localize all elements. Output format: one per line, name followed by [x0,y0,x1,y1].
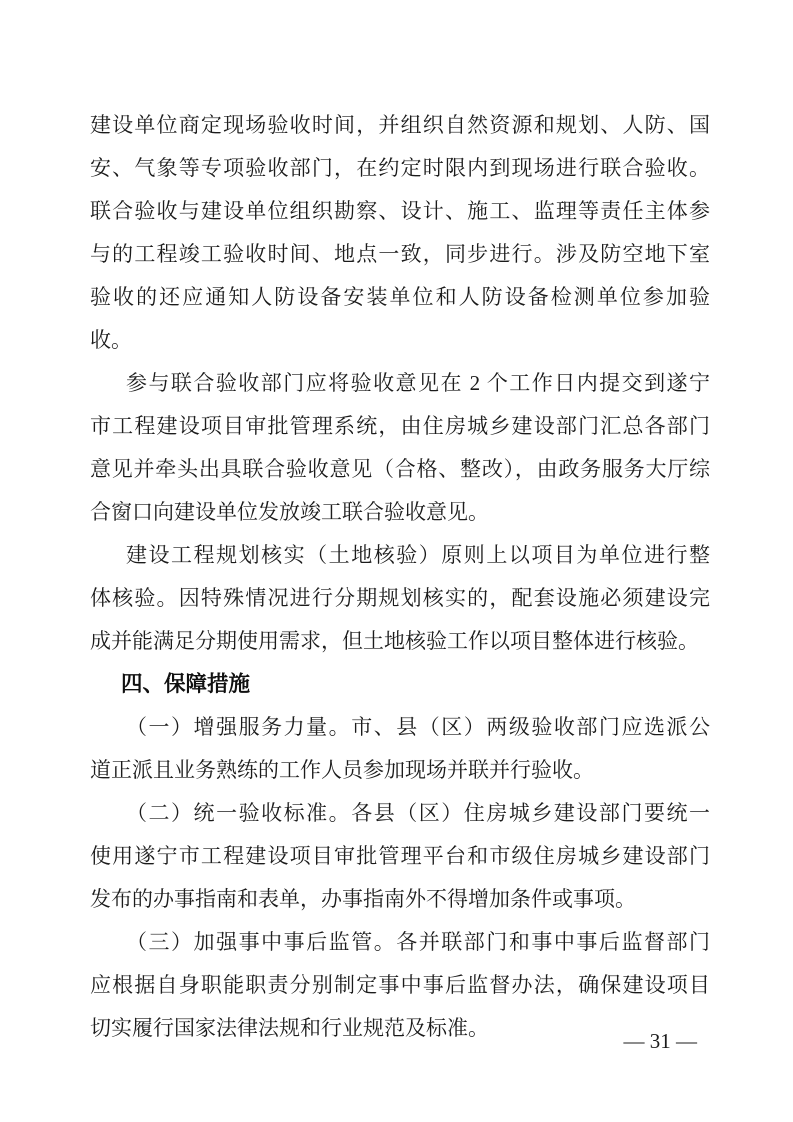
text-line: 验收的还应通知人防设备安装单位和人防设备检测单位参加验 [90,276,710,319]
document-page: 建设单位商定现场验收时间，并组织自然资源和规划、人防、国 安、气象等专项验收部门… [0,0,793,1122]
text-line: （一）增强服务力量。市、县（区）两级验收部门应选派公 [90,706,710,749]
paragraph-6: （三）加强事中事后监管。各并联部门和事中事后监督部门 应根据自身职能职责分别制定… [90,921,710,1050]
text-line: （三）加强事中事后监管。各并联部门和事中事后监督部门 [90,921,710,964]
text-line: 建设工程规划核实（土地核验）原则上以项目为单位进行整 [90,534,710,577]
text-line: 参与联合验收部门应将验收意见在 2 个工作日内提交到遂宁 [90,362,710,405]
text-line: 收。 [90,319,710,362]
section-heading: 四、保障措施 [90,663,710,706]
text-line: 与的工程竣工验收时间、地点一致，同步进行。涉及防空地下室 [90,233,710,276]
text-line: 市工程建设项目审批管理系统，由住房城乡建设部门汇总各部门 [90,405,710,448]
text-line: 使用遂宁市工程建设项目审批管理平台和市级住房城乡建设部门 [90,835,710,878]
text-line: （二）统一验收标准。各县（区）住房城乡建设部门要统一 [90,792,710,835]
paragraph-3: 建设工程规划核实（土地核验）原则上以项目为单位进行整 体核验。因特殊情况进行分期… [90,534,710,663]
text-line: 应根据自身职能职责分别制定事中事后监督办法，确保建设项目 [90,964,710,1007]
text-line: 切实履行国家法律法规和行业规范及标准。 [90,1007,710,1050]
page-number: — 31 — [624,1029,698,1053]
text-line: 成并能满足分期使用需求，但土地核验工作以项目整体进行核验。 [90,620,710,663]
paragraph-2: 参与联合验收部门应将验收意见在 2 个工作日内提交到遂宁 市工程建设项目审批管理… [90,362,710,534]
paragraph-5: （二）统一验收标准。各县（区）住房城乡建设部门要统一 使用遂宁市工程建设项目审批… [90,792,710,921]
paragraph-4: （一）增强服务力量。市、县（区）两级验收部门应选派公 道正派且业务熟练的工作人员… [90,706,710,792]
text-line: 道正派且业务熟练的工作人员参加现场并联并行验收。 [90,749,710,792]
text-line: 建设单位商定现场验收时间，并组织自然资源和规划、人防、国 [90,104,710,147]
document-body: 建设单位商定现场验收时间，并组织自然资源和规划、人防、国 安、气象等专项验收部门… [90,104,710,1050]
text-line: 意见并牵头出具联合验收意见（合格、整改），由政务服务大厅综 [90,448,710,491]
paragraph-1: 建设单位商定现场验收时间，并组织自然资源和规划、人防、国 安、气象等专项验收部门… [90,104,710,362]
text-line: 发布的办事指南和表单，办事指南外不得增加条件或事项。 [90,878,710,921]
page-footer: — 31 — [624,1020,698,1063]
text-line: 体核验。因特殊情况进行分期规划核实的，配套设施必须建设完 [90,577,710,620]
text-line: 联合验收与建设单位组织勘察、设计、施工、监理等责任主体参 [90,190,710,233]
text-line: 安、气象等专项验收部门，在约定时限内到现场进行联合验收。 [90,147,710,190]
text-line: 合窗口向建设单位发放竣工联合验收意见。 [90,491,710,534]
